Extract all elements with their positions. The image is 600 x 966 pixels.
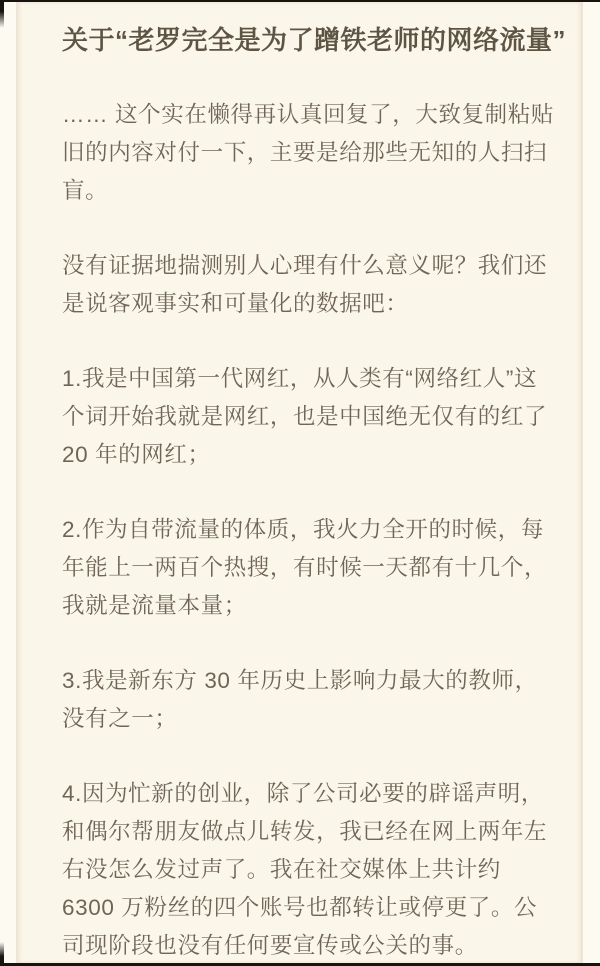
text-line: 2.作为自带流量的体质，我火力全开的时候，每: [62, 511, 581, 549]
text-line: 右没怎么发过声了。我在社交媒体上共计约: [62, 851, 581, 889]
paragraph-point-1: 1.我是中国第一代网红，从人类有“网络红人”这 个词开始我就是网红，也是中国绝无…: [62, 360, 581, 474]
text-line: 4.因为忙新的创业，除了公司必要的辟谣声明，: [62, 775, 581, 813]
top-edge-line: [0, 0, 600, 2]
text-line: 和偶尔帮朋友做点儿转发，我已经在网上两年左: [62, 813, 581, 851]
text-line: 1.我是中国第一代网红，从人类有“网络红人”这: [62, 360, 581, 398]
text-line: 没有之一；: [62, 700, 581, 738]
paragraph-premise: 没有证据地揣测别人心理有什么意义呢？我们还 是说客观事实和可量化的数据吧：: [62, 247, 581, 323]
paragraph-point-4: 4.因为忙新的创业，除了公司必要的辟谣声明， 和偶尔帮朋友做点儿转发，我已经在网…: [62, 775, 581, 963]
text-line: 年能上一两百个热搜，有时候一天都有十几个，: [62, 549, 581, 587]
text-line: 盲。: [62, 172, 581, 210]
text-line: …… 这个实在懒得再认真回复了，大致复制粘贴: [62, 96, 581, 134]
text-line: 个词开始我就是网红，也是中国绝无仅有的红了: [62, 398, 581, 436]
paragraph-point-3: 3.我是新东方 30 年历史上影响力最大的教师， 没有之一；: [62, 662, 581, 738]
text-line: 是说客观事实和可量化的数据吧：: [62, 285, 581, 323]
text-line: 20 年的网红；: [62, 436, 581, 474]
text-line: 司现阶段也没有任何要宣传或公关的事。: [62, 927, 581, 963]
text-line: 没有证据地揣测别人心理有什么意义呢？我们还: [62, 247, 581, 285]
paragraph-point-2: 2.作为自带流量的体质，我火力全开的时候，每 年能上一两百个热搜，有时候一天都有…: [62, 511, 581, 625]
text-line: 6300 万粉丝的四个账号也都转让或停更了。公: [62, 889, 581, 927]
text-line: 我就是流量本量；: [62, 587, 581, 625]
post-text-page: 关于“老罗完全是为了蹭铁老师的网络流量” …… 这个实在懒得再认真回复了，大致复…: [16, 2, 583, 963]
text-line: 旧的内容对付一下，主要是给那些无知的人扫扫: [62, 134, 581, 172]
text-line: 3.我是新东方 30 年历史上影响力最大的教师，: [62, 662, 581, 700]
post-title: 关于“老罗完全是为了蹭铁老师的网络流量”: [62, 21, 581, 59]
screenshot-root: 关于“老罗完全是为了蹭铁老师的网络流量” …… 这个实在懒得再认真回复了，大致复…: [0, 0, 600, 966]
top-left-corner-mark: [0, 0, 4, 28]
paragraph-intro: …… 这个实在懒得再认真回复了，大致复制粘贴 旧的内容对付一下，主要是给那些无知…: [62, 96, 581, 210]
